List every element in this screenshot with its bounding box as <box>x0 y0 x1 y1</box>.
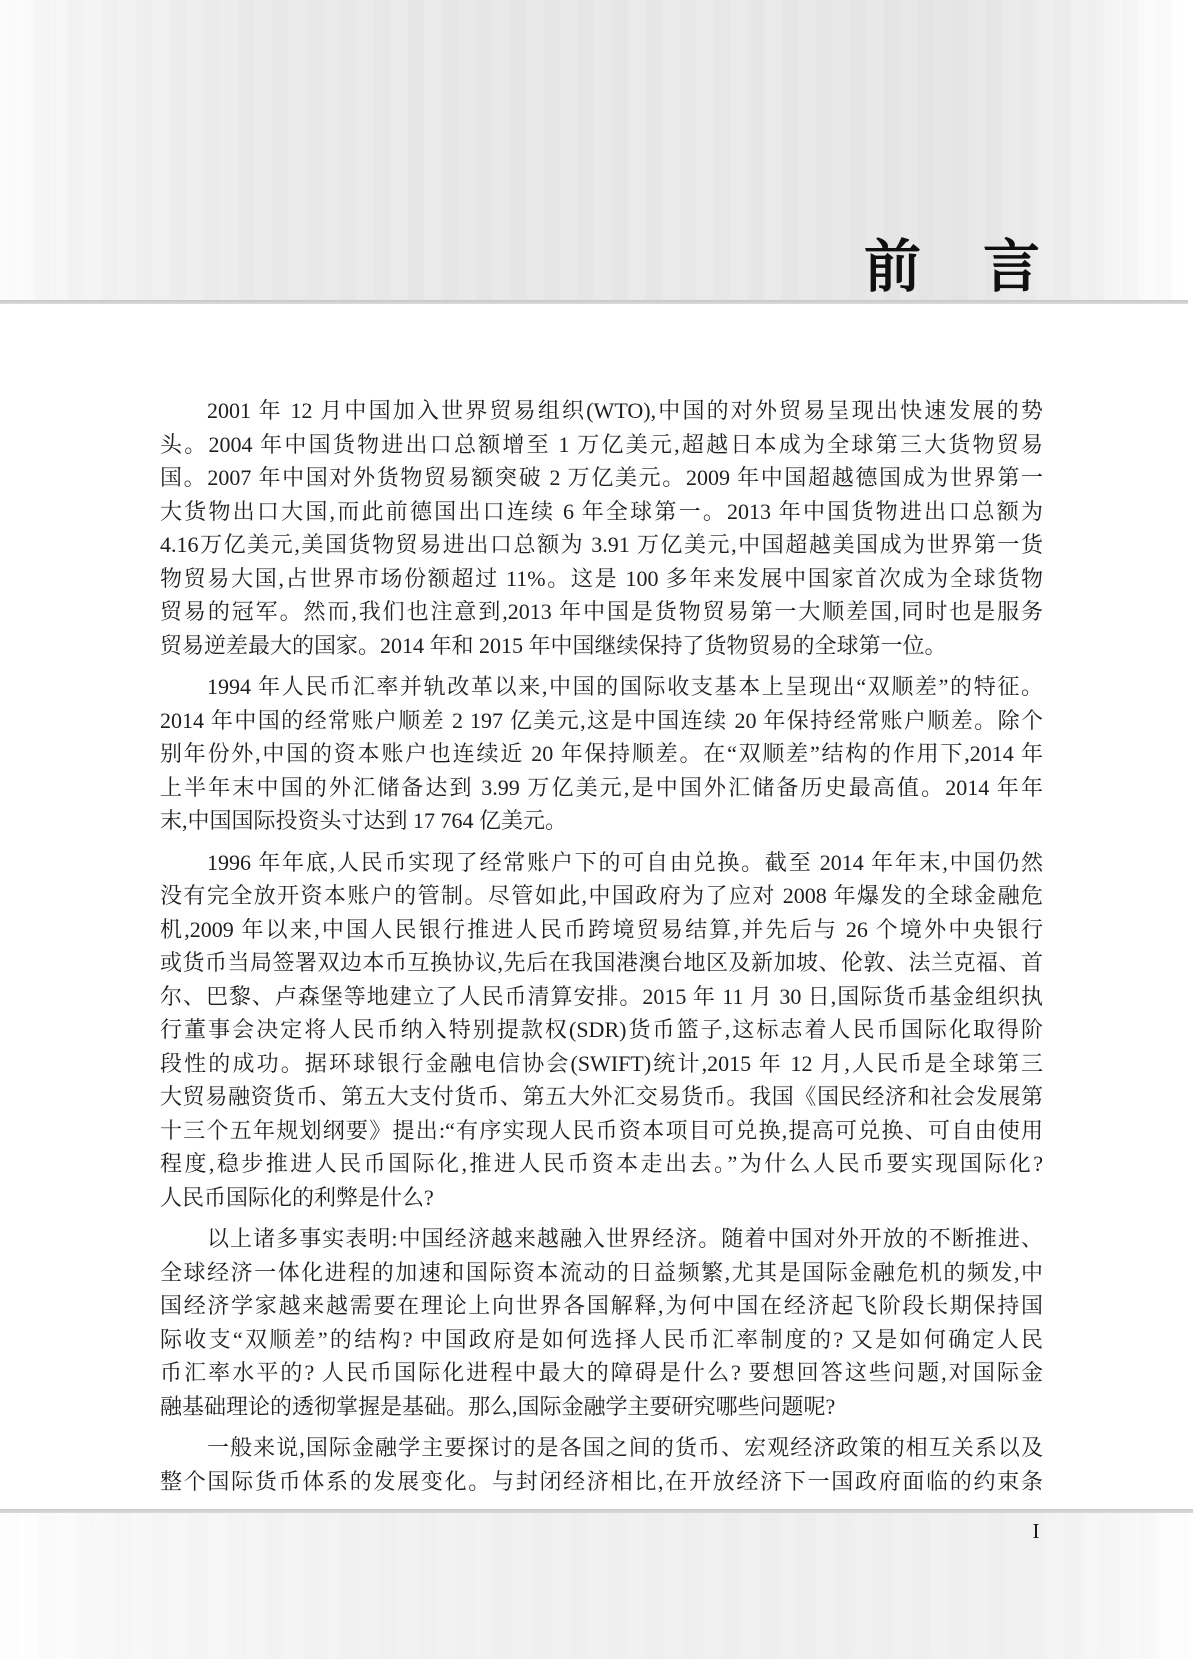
text-line: 没有完全放开资本账户的管制。尽管如此,中国政府为了应对 2008 年爆发的全球金… <box>160 879 1043 913</box>
text-line: 别年份外,中国的资本账户也连续近 20 年保持顺差。在“双顺差”结构的作用下,2… <box>160 737 1043 771</box>
text-line: 大货物出口大国,而此前德国出口连续 6 年全球第一。2013 年中国货物进出口总… <box>160 495 1043 529</box>
text-line: 行董事会决定将人民币纳入特别提款权(SDR)货币篮子,这标志着人民币国际化取得阶 <box>160 1013 1043 1047</box>
paragraph-intl-finance-scope: 一般来说,国际金融学主要探讨的是各国之间的货币、宏观经济政策的相互关系以及整个国… <box>160 1431 1043 1498</box>
text-line: 贸易逆差最大的国家。2014 年和 2015 年中国继续保持了货物贸易的全球第一… <box>160 629 1043 663</box>
text-line: 2001 年 12 月中国加入世界贸易组织(WTO),中国的对外贸易呈现出快速发… <box>160 394 1043 428</box>
header-divider-line <box>0 300 1188 304</box>
text-line: 十三个五年规划纲要》提出:“有序实现人民币资本项目可兑换,提高可兑换、可自由使用 <box>160 1114 1043 1148</box>
page-title: 前言 <box>864 239 1040 296</box>
page-title-char-yan: 言 <box>983 234 1040 300</box>
text-line: 或货币当局签署双边本币互换协议,先后在我国港澳台地区及新加坡、伦敦、法兰克福、首 <box>160 946 1043 980</box>
paragraph-twin-surplus: 1994 年人民币汇率并轨改革以来,中国的国际收支基本上呈现出“双顺差”的特征。… <box>160 670 1043 838</box>
preface-body-text: 2001 年 12 月中国加入世界贸易组织(WTO),中国的对外贸易呈现出快速发… <box>160 394 1043 1498</box>
text-line: 以上诸多事实表明:中国经济越来越融入世界经济。随着中国对外开放的不断推进、 <box>160 1222 1043 1256</box>
text-line: 人民币国际化的利弊是什么? <box>160 1181 1043 1215</box>
page-number: I <box>1024 1518 1048 1544</box>
text-line: 币汇率水平的? 人民币国际化进程中最大的障碍是什么? 要想回答这些问题,对国际金 <box>160 1356 1043 1390</box>
page-title-char-qian: 前 <box>864 234 921 300</box>
text-line: 末,中国国际投资头寸达到 17 764 亿美元。 <box>160 804 1043 838</box>
text-line: 国。2007 年中国对外货物贸易额突破 2 万亿美元。2009 年中国超越德国成… <box>160 461 1043 495</box>
text-line: 国经济学家越来越需要在理论上向世界各国解释,为何中国在经济起飞阶段长期保持国 <box>160 1289 1043 1323</box>
text-line: 全球经济一体化进程的加速和国际资本流动的日益频繁,尤其是国际金融危机的频发,中 <box>160 1256 1043 1290</box>
text-line: 一般来说,国际金融学主要探讨的是各国之间的货币、宏观经济政策的相互关系以及 <box>160 1431 1043 1465</box>
text-line: 物贸易大国,占世界市场份额超过 11%。这是 100 多年来发展中国家首次成为全… <box>160 562 1043 596</box>
footer-gradient-band <box>0 1513 1190 1659</box>
text-line: 尔、巴黎、卢森堡等地建立了人民币清算安排。2015 年 11 月 30 日,国际… <box>160 980 1043 1014</box>
text-line: 上半年末中国的外汇储备达到 3.99 万亿美元,是中国外汇储备历史最高值。201… <box>160 771 1043 805</box>
paragraph-trade-growth: 2001 年 12 月中国加入世界贸易组织(WTO),中国的对外贸易呈现出快速发… <box>160 394 1043 662</box>
text-line: 程度,稳步推进人民币国际化,推进人民币资本走出去。”为什么人民币要实现国际化? <box>160 1147 1043 1181</box>
paragraph-rmb-internationalization: 1996 年年底,人民币实现了经常账户下的可自由兑换。截至 2014 年年末,中… <box>160 846 1043 1215</box>
paragraph-research-questions: 以上诸多事实表明:中国经济越来越融入世界经济。随着中国对外开放的不断推进、全球经… <box>160 1222 1043 1423</box>
text-line: 际收支“双顺差”的结构? 中国政府是如何选择人民币汇率制度的? 又是如何确定人民 <box>160 1323 1043 1357</box>
text-line: 整个国际货币体系的发展变化。与封闭经济相比,在开放经济下一国政府面临的约束条 <box>160 1465 1043 1499</box>
text-line: 2014 年中国的经常账户顺差 2 197 亿美元,这是中国连续 20 年保持经… <box>160 704 1043 738</box>
preface-page: 前言 2001 年 12 月中国加入世界贸易组织(WTO),中国的对外贸易呈现出… <box>0 0 1203 1675</box>
text-line: 机,2009 年以来,中国人民银行推进人民币跨境贸易结算,并先后与 26 个境外… <box>160 913 1043 947</box>
text-line: 贸易的冠军。然而,我们也注意到,2013 年中国是货物贸易第一大顺差国,同时也是… <box>160 595 1043 629</box>
text-line: 4.16万亿美元,美国货物贸易进出口总额为 3.91 万亿美元,中国超越美国成为… <box>160 528 1043 562</box>
text-line: 1996 年年底,人民币实现了经常账户下的可自由兑换。截至 2014 年年末,中… <box>160 846 1043 880</box>
text-line: 段性的成功。据环球银行金融电信协会(SWIFT)统计,2015 年 12 月,人… <box>160 1047 1043 1081</box>
text-line: 头。2004 年中国货物进出口总额增至 1 万亿美元,超越日本成为全球第三大货物… <box>160 428 1043 462</box>
text-line: 大贸易融资货币、第五大支付货币、第五大外汇交易货币。我国《国民经济和社会发展第 <box>160 1080 1043 1114</box>
text-line: 1994 年人民币汇率并轨改革以来,中国的国际收支基本上呈现出“双顺差”的特征。 <box>160 670 1043 704</box>
text-line: 融基础理论的透彻掌握是基础。那么,国际金融学主要研究哪些问题呢? <box>160 1390 1043 1424</box>
